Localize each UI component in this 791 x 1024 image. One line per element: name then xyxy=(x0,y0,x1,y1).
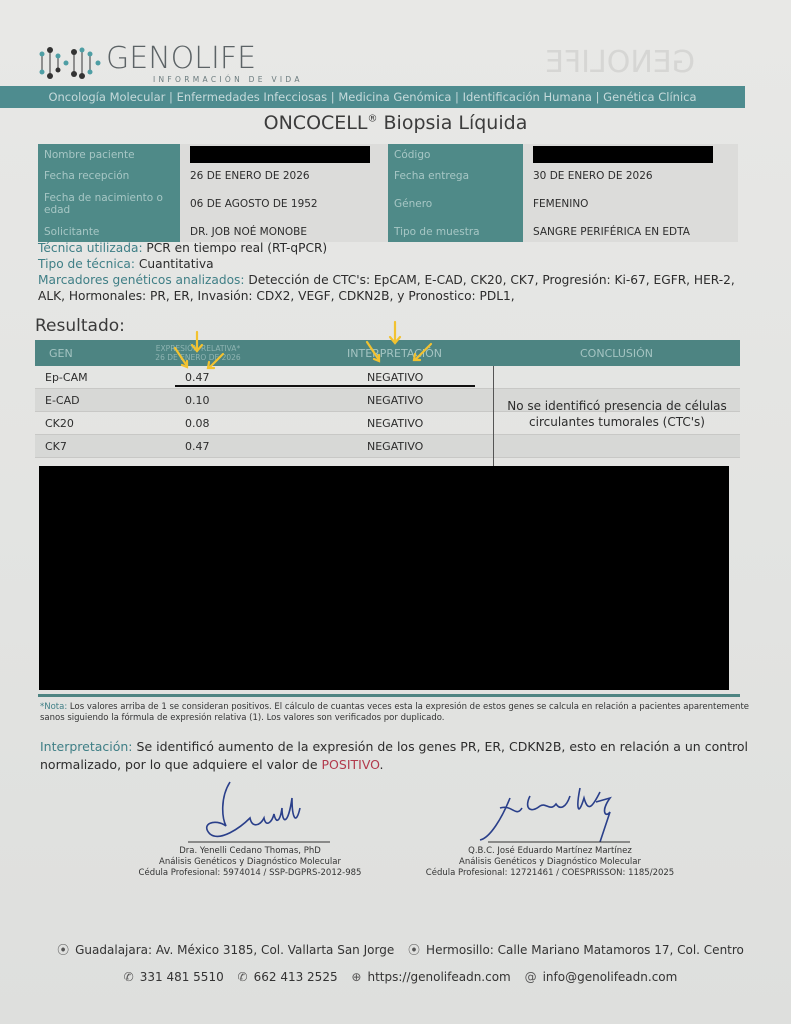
redacted-results-section xyxy=(39,466,729,690)
phone-1[interactable]: 331 481 5510 xyxy=(140,970,224,984)
cell-gen: CK20 xyxy=(45,417,74,430)
interpretation-label: Interpretación: xyxy=(40,739,133,754)
markers-label: Marcadores genéticos analizados: xyxy=(38,273,245,287)
info-value-redacted xyxy=(523,144,738,165)
phone-2[interactable]: 662 413 2525 xyxy=(254,970,338,984)
table-bottom-rule xyxy=(38,694,740,697)
whatsapp-icon: ✆ xyxy=(124,970,134,984)
interpretation-result: POSITIVO xyxy=(322,757,380,772)
info-value: FEMENINO xyxy=(523,186,738,221)
results-table: GEN EXPRESIÓN RELATIVA*26 DE ENERO DE 20… xyxy=(35,340,740,458)
info-value: DR. JOB NOÉ MONOBE xyxy=(180,221,394,242)
info-value: 26 DE ENERO DE 2026 xyxy=(180,165,394,186)
footer-contacts: ✆331 481 5510 ✆662 413 2525 ⊕https://gen… xyxy=(0,970,791,984)
patient-info-right: Código Fecha entrega 30 DE ENERO DE 2026… xyxy=(388,144,738,242)
info-label: Solicitante xyxy=(38,221,180,242)
info-label: Código xyxy=(388,144,523,165)
markers-line: Marcadores genéticos analizados: Detecci… xyxy=(38,272,748,304)
footer-addresses: ⦿Guadalajara: Av. México 3185, Col. Vall… xyxy=(0,941,791,958)
technique-line: Técnica utilizada: PCR en tiempo real (R… xyxy=(38,240,748,256)
footnote-text: Los valores arriba de 1 se consideran po… xyxy=(40,702,749,723)
brand-tagline: INFORMACIÓN DE VIDA xyxy=(153,75,303,84)
signer-2-name: Q.B.C. José Eduardo Martínez Martínez xyxy=(405,846,695,857)
info-label: Fecha de nacimiento o edad xyxy=(38,186,180,221)
header-conclusion: CONCLUSIÓN xyxy=(580,347,653,360)
location-pin-icon: ⦿ xyxy=(57,943,69,957)
technique-type-value: Cuantitativa xyxy=(135,257,214,271)
technique-details: Técnica utilizada: PCR en tiempo real (R… xyxy=(38,240,748,304)
results-heading: Resultado: xyxy=(35,316,125,336)
technique-type-line: Tipo de técnica: Cuantitativa xyxy=(38,256,748,272)
title-product: ONCOCELL xyxy=(264,112,368,134)
technique-value: PCR en tiempo real (RT-qPCR) xyxy=(143,241,328,255)
cell-gen: CK7 xyxy=(45,440,67,453)
interpretation-text: Se identificó aumento de la expresión de… xyxy=(40,739,748,772)
info-row-gender: Género FEMENINO xyxy=(388,186,738,221)
info-row-reception-date: Fecha recepción 26 DE ENERO DE 2026 xyxy=(38,165,394,186)
location-pin-icon: ⦿ xyxy=(408,943,420,957)
annotation-arrows-expression-icon xyxy=(165,330,235,376)
info-value: SANGRE PERIFÉRICA EN EDTA xyxy=(523,221,738,242)
interpretation-end: . xyxy=(380,757,384,772)
info-row-requester: Solicitante DR. JOB NOÉ MONOBE xyxy=(38,221,394,242)
registered-mark: ® xyxy=(367,114,377,125)
cell-expression: 0.10 xyxy=(185,394,210,407)
address-guadalajara: Guadalajara: Av. México 3185, Col. Valla… xyxy=(75,943,394,957)
whatsapp-icon: ✆ xyxy=(238,970,248,984)
technique-label: Técnica utilizada: xyxy=(38,241,143,255)
signer-2-role: Análisis Genéticos y Diagnóstico Molecul… xyxy=(405,857,695,868)
technique-type-label: Tipo de técnica: xyxy=(38,257,135,271)
column-divider xyxy=(493,366,494,466)
cell-gen: Ep-CAM xyxy=(45,371,88,384)
info-row-sample-type: Tipo de muestra SANGRE PERIFÉRICA EN EDT… xyxy=(388,221,738,242)
signature-block-2: Q.B.C. José Eduardo Martínez Martínez An… xyxy=(405,778,695,879)
info-value: 06 DE AGOSTO DE 1952 xyxy=(180,186,394,221)
info-label: Fecha entrega xyxy=(388,165,523,186)
services-banner: Oncología Molecular | Enfermedades Infec… xyxy=(0,86,745,108)
cell-interpretation: NEGATIVO xyxy=(367,417,423,430)
footnote-label: *Nota: xyxy=(40,702,67,712)
annotation-arrows-interpretation-icon xyxy=(361,320,441,370)
signer-1-role: Análisis Genéticos y Diagnóstico Molecul… xyxy=(110,857,390,868)
info-row-code: Código xyxy=(388,144,738,165)
results-conclusion: No se identificó presencia de células ci… xyxy=(497,398,737,430)
info-label: Fecha recepción xyxy=(38,165,180,186)
redaction-bar xyxy=(533,146,713,163)
signer-1-name: Dra. Yenelli Cedano Thomas, PhD xyxy=(110,846,390,857)
info-value-redacted xyxy=(180,144,394,165)
info-label: Tipo de muestra xyxy=(388,221,523,242)
signature-1-icon xyxy=(160,778,340,846)
website-link[interactable]: https://genolifeadn.com xyxy=(367,970,510,984)
dna-logo-icon xyxy=(38,46,104,80)
info-label: Género xyxy=(388,186,523,221)
header-gen: GEN xyxy=(49,347,73,360)
email-link[interactable]: info@genolifeadn.com xyxy=(543,970,678,984)
info-row-patient-name: Nombre paciente xyxy=(38,144,394,165)
footnote: *Nota: Los valores arriba de 1 se consid… xyxy=(40,702,750,724)
cell-interpretation: NEGATIVO xyxy=(367,440,423,453)
cell-gen: E-CAD xyxy=(45,394,80,407)
brand-name: GENOLIFE xyxy=(106,42,256,76)
info-row-delivery-date: Fecha entrega 30 DE ENERO DE 2026 xyxy=(388,165,738,186)
report-page: GENOLIFE INFORMACIÓN DE VIDA GENOLIFE On… xyxy=(0,0,791,1024)
signer-2-license: Cédula Profesional: 12721461 / COESPRISS… xyxy=(405,868,695,879)
signature-2-icon xyxy=(460,778,640,846)
redaction-bar xyxy=(190,146,370,163)
table-row: CK70.47NEGATIVO xyxy=(35,435,740,458)
info-label: Nombre paciente xyxy=(38,144,180,165)
bleed-through-logo: GENOLIFE xyxy=(545,45,695,80)
title-rest: Biopsia Líquida xyxy=(377,112,527,134)
handwritten-underline xyxy=(175,385,475,387)
signature-block-1: Dra. Yenelli Cedano Thomas, PhD Análisis… xyxy=(110,778,390,879)
patient-info-left: Nombre paciente Fecha recepción 26 DE EN… xyxy=(38,144,394,242)
cell-expression: 0.08 xyxy=(185,417,210,430)
cell-interpretation: NEGATIVO xyxy=(367,394,423,407)
info-value: 30 DE ENERO DE 2026 xyxy=(523,165,738,186)
cell-interpretation: NEGATIVO xyxy=(367,371,423,384)
interpretation: Interpretación: Se identificó aumento de… xyxy=(40,738,760,774)
report-title: ONCOCELL® Biopsia Líquida xyxy=(0,112,791,134)
globe-icon: ⊕ xyxy=(351,970,361,984)
signer-1-license: Cédula Profesional: 5974014 / SSP-DGPRS-… xyxy=(110,868,390,879)
address-hermosillo: Hermosillo: Calle Mariano Matamoros 17, … xyxy=(426,943,744,957)
at-icon: @ xyxy=(525,970,537,984)
info-row-birth-date: Fecha de nacimiento o edad 06 DE AGOSTO … xyxy=(38,186,394,221)
cell-expression: 0.47 xyxy=(185,440,210,453)
